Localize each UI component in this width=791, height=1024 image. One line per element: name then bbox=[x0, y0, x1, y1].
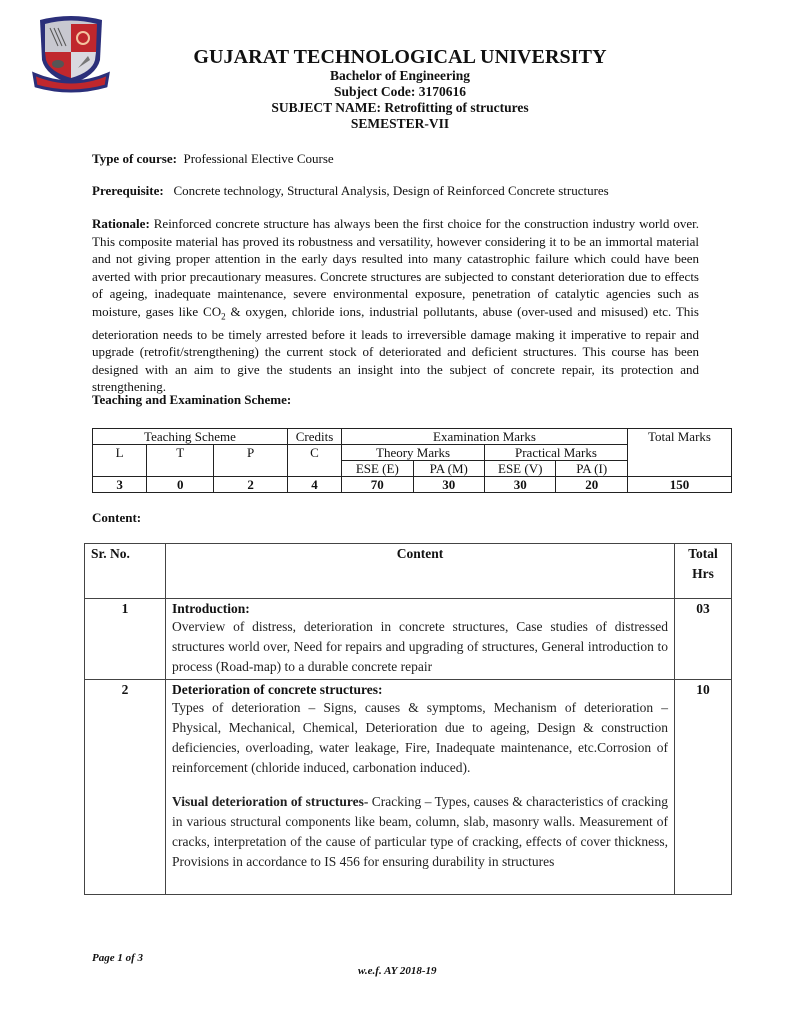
teaching-exam-scheme-table: Teaching Scheme Credits Examination Mark… bbox=[92, 428, 732, 493]
ese-e-value: 70 bbox=[342, 477, 413, 493]
prerequisite: Prerequisite: Concrete technology, Struc… bbox=[92, 182, 609, 200]
row-description: Overview of distress, deterioration in c… bbox=[172, 617, 668, 677]
row-hrs: 10 bbox=[675, 680, 732, 895]
table-row: 2 Deterioration of concrete structures: … bbox=[85, 680, 732, 895]
l-header: L bbox=[93, 445, 147, 477]
total-marks-header: Total Marks bbox=[627, 429, 731, 477]
c-value: 4 bbox=[287, 477, 341, 493]
ese-v-value: 30 bbox=[485, 477, 556, 493]
pa-i-header: PA (I) bbox=[556, 461, 627, 477]
document-header: GUJARAT TECHNOLOGICAL UNIVERSITY Bachelo… bbox=[190, 46, 610, 132]
pa-i-value: 20 bbox=[556, 477, 627, 493]
p-value: 2 bbox=[214, 477, 288, 493]
pa-m-header: PA (M) bbox=[413, 461, 484, 477]
row-topic: Introduction: bbox=[172, 601, 668, 617]
row-subsection: Visual deterioration of structures- Crac… bbox=[172, 792, 668, 872]
total-hrs-line1: Total bbox=[681, 546, 725, 562]
page-number: Page 1 of 3 bbox=[92, 952, 143, 964]
pa-m-value: 30 bbox=[413, 477, 484, 493]
row-sr-no: 2 bbox=[85, 680, 166, 895]
row-sr-no: 1 bbox=[85, 599, 166, 680]
course-type: Type of course: Professional Elective Co… bbox=[92, 150, 334, 168]
content-title: Content: bbox=[92, 510, 141, 526]
c-header: C bbox=[287, 445, 341, 477]
prerequisite-label: Prerequisite: bbox=[92, 183, 164, 198]
row-subtopic: Visual deterioration of structures- bbox=[172, 794, 368, 809]
wef-note: w.e.f. AY 2018-19 bbox=[358, 965, 437, 977]
rationale-label: Rationale: bbox=[92, 216, 150, 231]
row-topic: Deterioration of concrete structures: bbox=[172, 682, 668, 698]
prerequisite-value: Concrete technology, Structural Analysis… bbox=[173, 183, 608, 198]
sr-no-header: Sr. No. bbox=[85, 544, 166, 599]
ese-e-header: ESE (E) bbox=[342, 461, 413, 477]
content-table: Sr. No. Content Total Hrs 1 Introduction… bbox=[84, 543, 732, 895]
subject-code: Subject Code: 3170616 bbox=[190, 84, 610, 100]
ese-v-header: ESE (V) bbox=[485, 461, 556, 477]
p-header: P bbox=[214, 445, 288, 477]
l-value: 3 bbox=[93, 477, 147, 493]
total-hrs-line2: Hrs bbox=[681, 566, 725, 582]
university-name: GUJARAT TECHNOLOGICAL UNIVERSITY bbox=[190, 46, 610, 68]
scheme-title: Teaching and Examination Scheme: bbox=[92, 392, 291, 408]
course-type-value: Professional Elective Course bbox=[183, 151, 333, 166]
t-header: T bbox=[147, 445, 214, 477]
rationale: Rationale: Reinforced concrete structure… bbox=[92, 215, 699, 396]
credits-header: Credits bbox=[287, 429, 341, 445]
exam-marks-header: Examination Marks bbox=[342, 429, 628, 445]
content-header: Content bbox=[166, 544, 675, 599]
degree: Bachelor of Engineering bbox=[190, 68, 610, 84]
total-hrs-header: Total Hrs bbox=[675, 544, 732, 599]
table-row: 1 Introduction: Overview of distress, de… bbox=[85, 599, 732, 680]
row-content: Deterioration of concrete structures: Ty… bbox=[166, 680, 675, 895]
course-type-label: Type of course: bbox=[92, 151, 177, 166]
subject-name: SUBJECT NAME: Retrofitting of structures bbox=[190, 100, 610, 116]
teaching-scheme-header: Teaching Scheme bbox=[93, 429, 288, 445]
semester: SEMESTER-VII bbox=[190, 116, 610, 132]
total-marks-value: 150 bbox=[627, 477, 731, 493]
university-crest-icon bbox=[30, 12, 112, 94]
row-content: Introduction: Overview of distress, dete… bbox=[166, 599, 675, 680]
theory-marks-header: Theory Marks bbox=[342, 445, 485, 461]
university-logo bbox=[30, 12, 112, 94]
practical-marks-header: Practical Marks bbox=[485, 445, 628, 461]
row-hrs: 03 bbox=[675, 599, 732, 680]
row-description: Types of deterioration – Signs, causes &… bbox=[172, 698, 668, 778]
t-value: 0 bbox=[147, 477, 214, 493]
